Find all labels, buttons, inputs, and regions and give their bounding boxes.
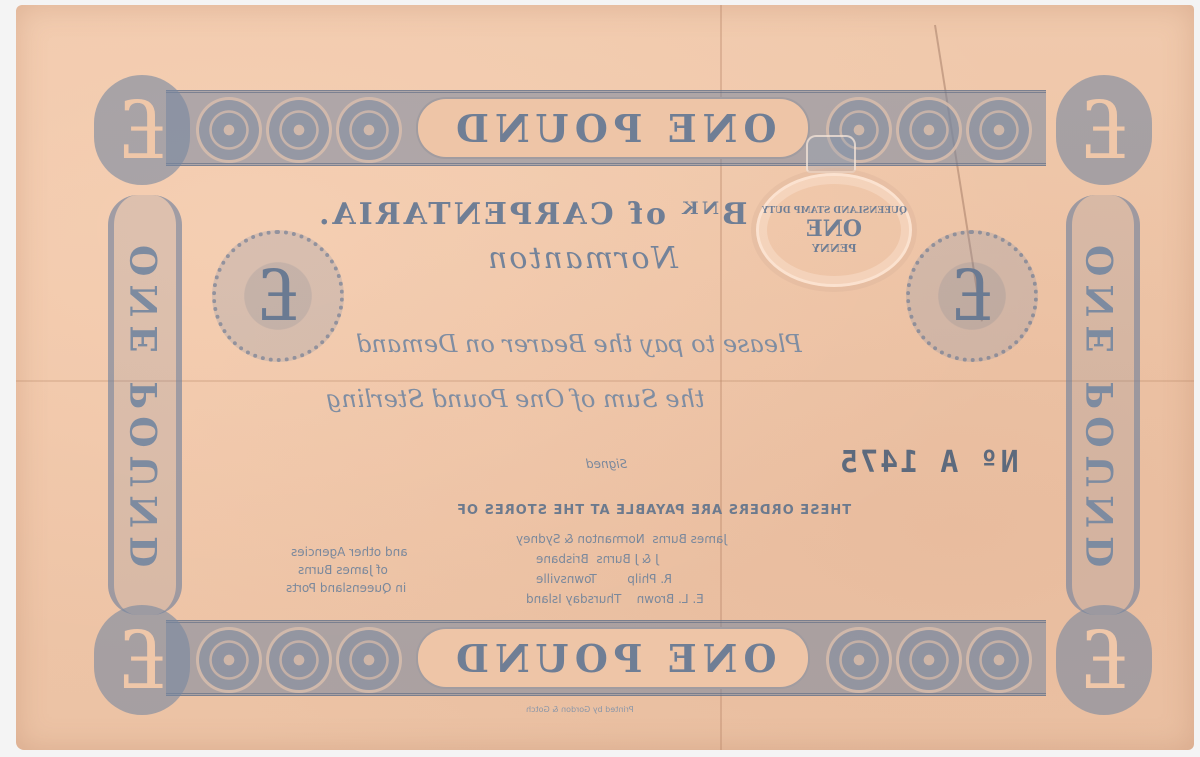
issuer-town: Normanton bbox=[486, 241, 678, 276]
corner-pound-icon: £ bbox=[94, 75, 190, 185]
corner-pound-icon: £ bbox=[1056, 605, 1152, 715]
rosette-icon bbox=[266, 627, 332, 693]
portrait-medallion-icon: £ bbox=[212, 230, 344, 362]
bank-name: Bᴺᴷ of CARPENTARIA. bbox=[316, 197, 747, 232]
left-denomination-text: ONE POUND bbox=[124, 245, 166, 575]
promise-line-1: Please to pay the Bearer on Demand bbox=[356, 330, 802, 358]
seal-value: ONE bbox=[806, 216, 862, 242]
corner-pound-icon: £ bbox=[1056, 75, 1152, 185]
serial-number: Nº A 1475 bbox=[838, 445, 1019, 480]
agent-row: E. L. Brown Thursday Island bbox=[526, 592, 704, 606]
crown-emboss-icon bbox=[806, 135, 856, 173]
other-agencies-line: and other Agencies bbox=[291, 545, 408, 559]
payable-heading: THESE ORDERS ARE PAYABLE AT THE STORES O… bbox=[456, 503, 851, 518]
agent-row: R. Philp Townsville bbox=[536, 572, 672, 586]
portrait-medallion-icon: £ bbox=[906, 230, 1038, 362]
agent-row: J & J Burns Brisbane bbox=[536, 552, 659, 566]
other-agencies-line: in Queensland Ports bbox=[286, 581, 406, 595]
bottom-denomination-text: ONE POUND bbox=[450, 636, 777, 681]
corner-pound-icon: £ bbox=[94, 605, 190, 715]
top-denomination-label: ONE POUND bbox=[416, 97, 810, 159]
rosette-icon bbox=[196, 627, 262, 693]
seal-value-sub: PENNY bbox=[812, 242, 857, 255]
rosette-icon bbox=[896, 627, 962, 693]
rosette-icon bbox=[896, 97, 962, 163]
serial-letter: A bbox=[938, 445, 958, 480]
serial-digits: 1475 bbox=[838, 445, 918, 480]
rosette-icon bbox=[266, 97, 332, 163]
rosette-icon bbox=[966, 627, 1032, 693]
banknote-paper: ONE POUND ONE POUND Printed by Gordon & … bbox=[16, 5, 1194, 750]
signed-label: Signed bbox=[586, 457, 627, 471]
promise-line-2: the Sum of One Pound Sterling bbox=[326, 385, 705, 413]
seal-outer-text: QUEENSLAND STAMP DUTY bbox=[762, 206, 907, 216]
agent-row: James Burns Normanton & Sydney bbox=[516, 532, 727, 546]
top-denomination-text: ONE POUND bbox=[450, 106, 777, 151]
rosette-icon bbox=[196, 97, 262, 163]
right-denomination-text: ONE POUND bbox=[1080, 245, 1122, 575]
rosette-icon bbox=[336, 97, 402, 163]
serial-prefix: Nº bbox=[978, 445, 1018, 480]
rosette-icon bbox=[966, 97, 1032, 163]
other-agencies-line: of James Burns bbox=[298, 563, 388, 577]
rosette-icon bbox=[826, 627, 892, 693]
stamp-duty-seal: QUEENSLAND STAMP DUTY ONE PENNY bbox=[756, 173, 912, 287]
rosette-icon bbox=[336, 627, 402, 693]
fold-crease-horizontal bbox=[16, 380, 1194, 382]
printer-imprint: Printed by Gordon & Gotch bbox=[526, 705, 634, 714]
bottom-denomination-label: ONE POUND bbox=[416, 627, 810, 689]
